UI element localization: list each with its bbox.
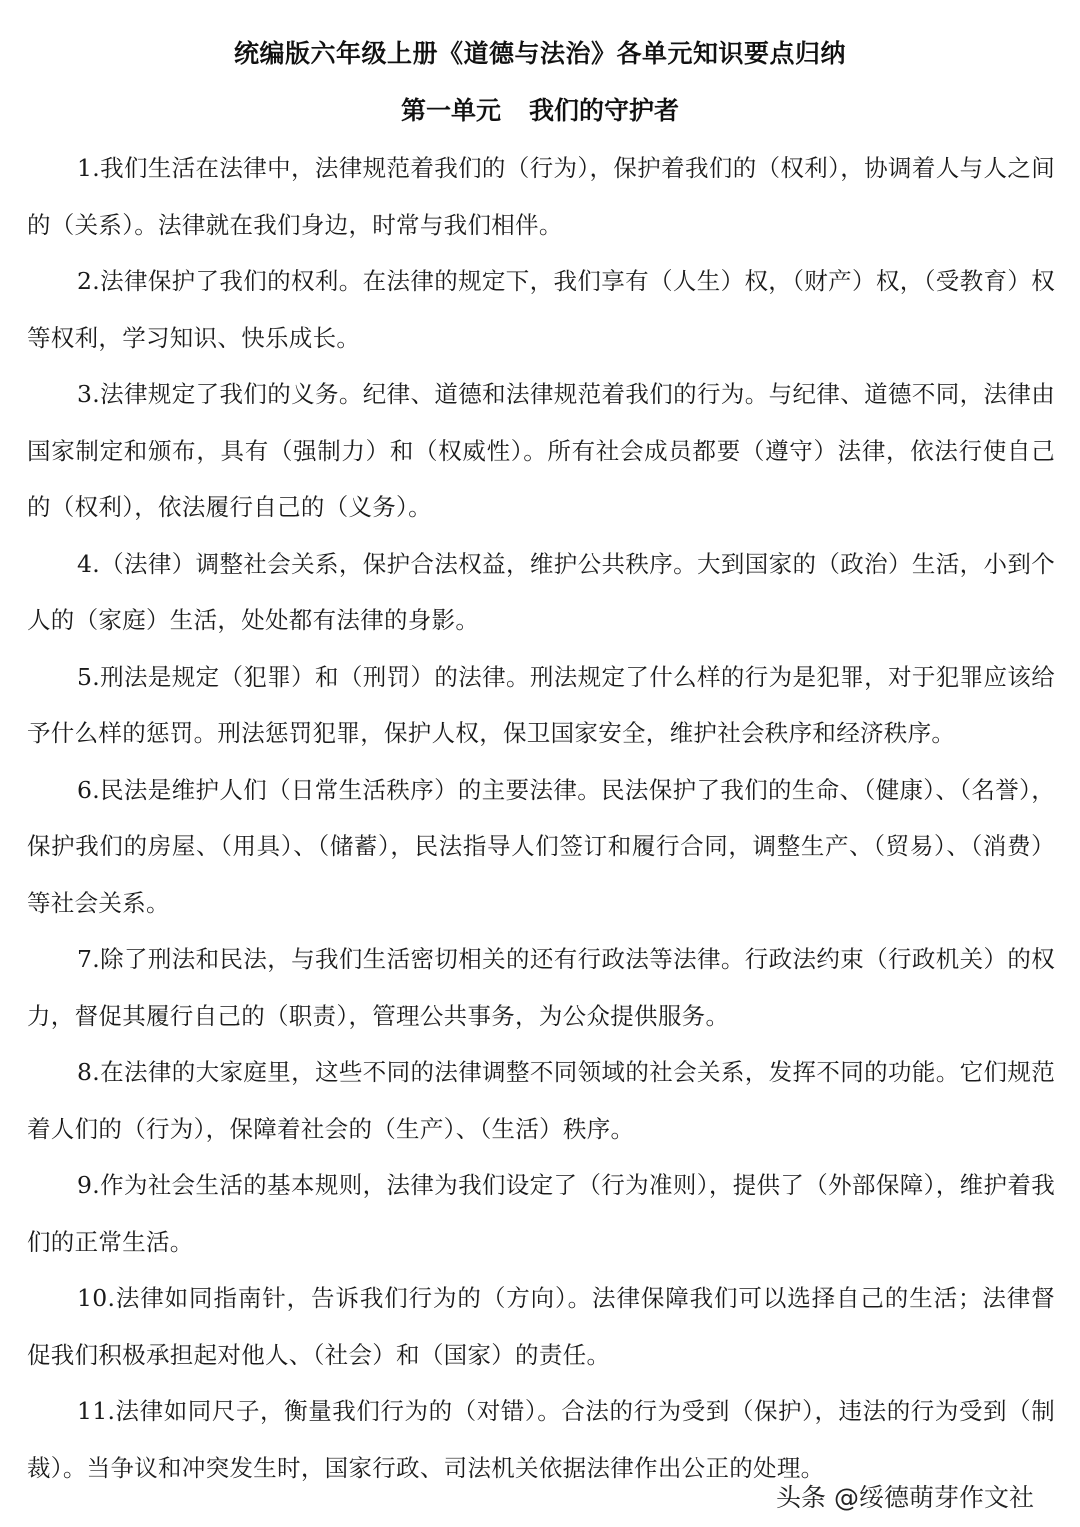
knowledge-point-1: 1.我们生活在法律中，法律规范着我们的（行为），保护着我们的（权利），协调着人与… — [27, 140, 1055, 253]
source-watermark: 头条 @绥德萌芽作文社 — [776, 1478, 1034, 1514]
unit-label: 第一单元 — [401, 96, 501, 125]
unit-heading: 第一单元我们的守护者 — [0, 91, 1080, 127]
knowledge-point-6: 6.民法是维护人们（日常生活秩序）的主要法律。民法保护了我们的生命、（健康）、（… — [27, 762, 1055, 932]
knowledge-point-5: 5.刑法是规定（犯罪）和（刑罚）的法律。刑法规定了什么样的行为是犯罪，对于犯罪应… — [27, 649, 1055, 762]
knowledge-points-list: 1.我们生活在法律中，法律规范着我们的（行为），保护着我们的（权利），协调着人与… — [27, 140, 1055, 1496]
knowledge-point-2: 2.法律保护了我们的权利。在法律的规定下，我们享有（人生）权，（财产）权，（受教… — [27, 253, 1055, 366]
knowledge-point-9: 9.作为社会生活的基本规则，法律为我们设定了（行为准则），提供了（外部保障），维… — [27, 1157, 1055, 1270]
knowledge-point-7: 7.除了刑法和民法，与我们生活密切相关的还有行政法等法律。行政法约束（行政机关）… — [27, 931, 1055, 1044]
unit-name: 我们的守护者 — [529, 96, 679, 125]
knowledge-point-10: 10.法律如同指南针，告诉我们行为的（方向）。法律保障我们可以选择自己的生活；法… — [27, 1270, 1055, 1383]
knowledge-point-4: 4.（法律）调整社会关系，保护合法权益，维护公共秩序。大到国家的（政治）生活，小… — [27, 536, 1055, 649]
document-title: 统编版六年级上册《道德与法治》各单元知识要点归纳 — [0, 34, 1080, 70]
knowledge-point-8: 8.在法律的大家庭里，这些不同的法律调整不同领域的社会关系，发挥不同的功能。它们… — [27, 1044, 1055, 1157]
knowledge-point-3: 3.法律规定了我们的义务。纪律、道德和法律规范着我们的行为。与纪律、道德不同，法… — [27, 366, 1055, 536]
